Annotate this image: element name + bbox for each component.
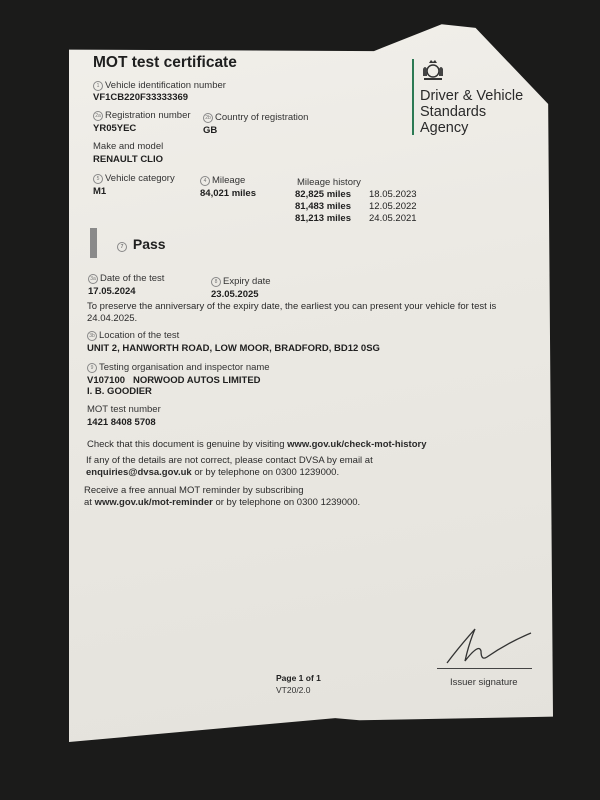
reminder-text: Receive a free annual MOT reminder by su… (84, 485, 360, 509)
agency-name-line-2: Standards (420, 104, 523, 120)
registration-label: 2aRegistration number (93, 110, 191, 121)
agency-name-line-3: Agency (420, 120, 523, 136)
dvsa-logo: Driver & Vehicle Standards Agency (412, 59, 523, 135)
test-number-label: MOT test number (87, 404, 161, 415)
inspector-name: I. B. GOODIER (87, 386, 152, 397)
location-label: 3bLocation of the test (87, 330, 179, 341)
mileage-history-row: 81,213 miles24.05.2021 (295, 213, 435, 225)
make-model-value: RENAULT CLIO (93, 154, 163, 165)
test-number-value: 1421 8408 5708 (87, 417, 156, 428)
dvsa-email-link[interactable]: enquiries@dvsa.gov.uk (86, 467, 192, 478)
mot-certificate-paper: MOT test certificate Driver & Vehicle St… (69, 17, 553, 742)
expiry-date-label: 8Expiry date (211, 276, 271, 287)
country-value: GB (203, 125, 217, 136)
location-value: UNIT 2, HANWORTH ROAD, LOW MOOR, BRADFOR… (87, 343, 380, 354)
vin-label: 1Vehicle identification number (93, 80, 226, 91)
mileage-label: 4Mileage (200, 175, 245, 186)
royal-crest-icon (420, 59, 446, 81)
organisation-value: V107100 NORWOOD AUTOS LIMITED (87, 375, 261, 386)
signature-label: Issuer signature (450, 677, 518, 688)
organisation-label: 9Testing organisation and inspector name (87, 362, 270, 373)
signature-line (437, 668, 532, 669)
anniversary-note: To preserve the anniversary of the expir… (87, 301, 507, 325)
expiry-date-value: 23.05.2025 (211, 289, 259, 300)
country-label: 2bCountry of registration (203, 112, 308, 123)
contact-text: If any of the details are not correct, p… (86, 455, 373, 479)
mot-reminder-link[interactable]: www.gov.uk/mot-reminder (95, 497, 213, 508)
make-model-label: Make and model (93, 141, 163, 152)
category-value: M1 (93, 186, 106, 197)
mileage-history-row: 81,483 miles12.05.2022 (295, 201, 435, 213)
registration-value: YR05YEC (93, 123, 136, 134)
mileage-history-label: Mileage history (297, 177, 361, 188)
category-label: 5Vehicle category (93, 173, 175, 184)
vin-value: VF1CB220F33333369 (93, 92, 188, 103)
test-date-value: 17.05.2024 (88, 286, 136, 297)
page-number: Page 1 of 1 (276, 673, 321, 683)
form-code: VT20/2.0 (276, 685, 311, 695)
mileage-history-table: 82,825 miles18.05.2023 81,483 miles12.05… (295, 189, 435, 225)
test-result: 7 Pass (117, 236, 166, 252)
certificate-title: MOT test certificate (93, 54, 237, 72)
result-marker-bar (90, 228, 97, 258)
agency-name-line-1: Driver & Vehicle (420, 88, 523, 104)
test-date-label: 3aDate of the test (88, 273, 164, 284)
mileage-history-row: 82,825 miles18.05.2023 (295, 189, 435, 201)
check-mot-history-link[interactable]: www.gov.uk/check-mot-history (287, 439, 426, 450)
issuer-signature (439, 625, 539, 667)
mileage-value: 84,021 miles (200, 188, 256, 199)
genuine-check-text: Check that this document is genuine by v… (87, 439, 427, 451)
